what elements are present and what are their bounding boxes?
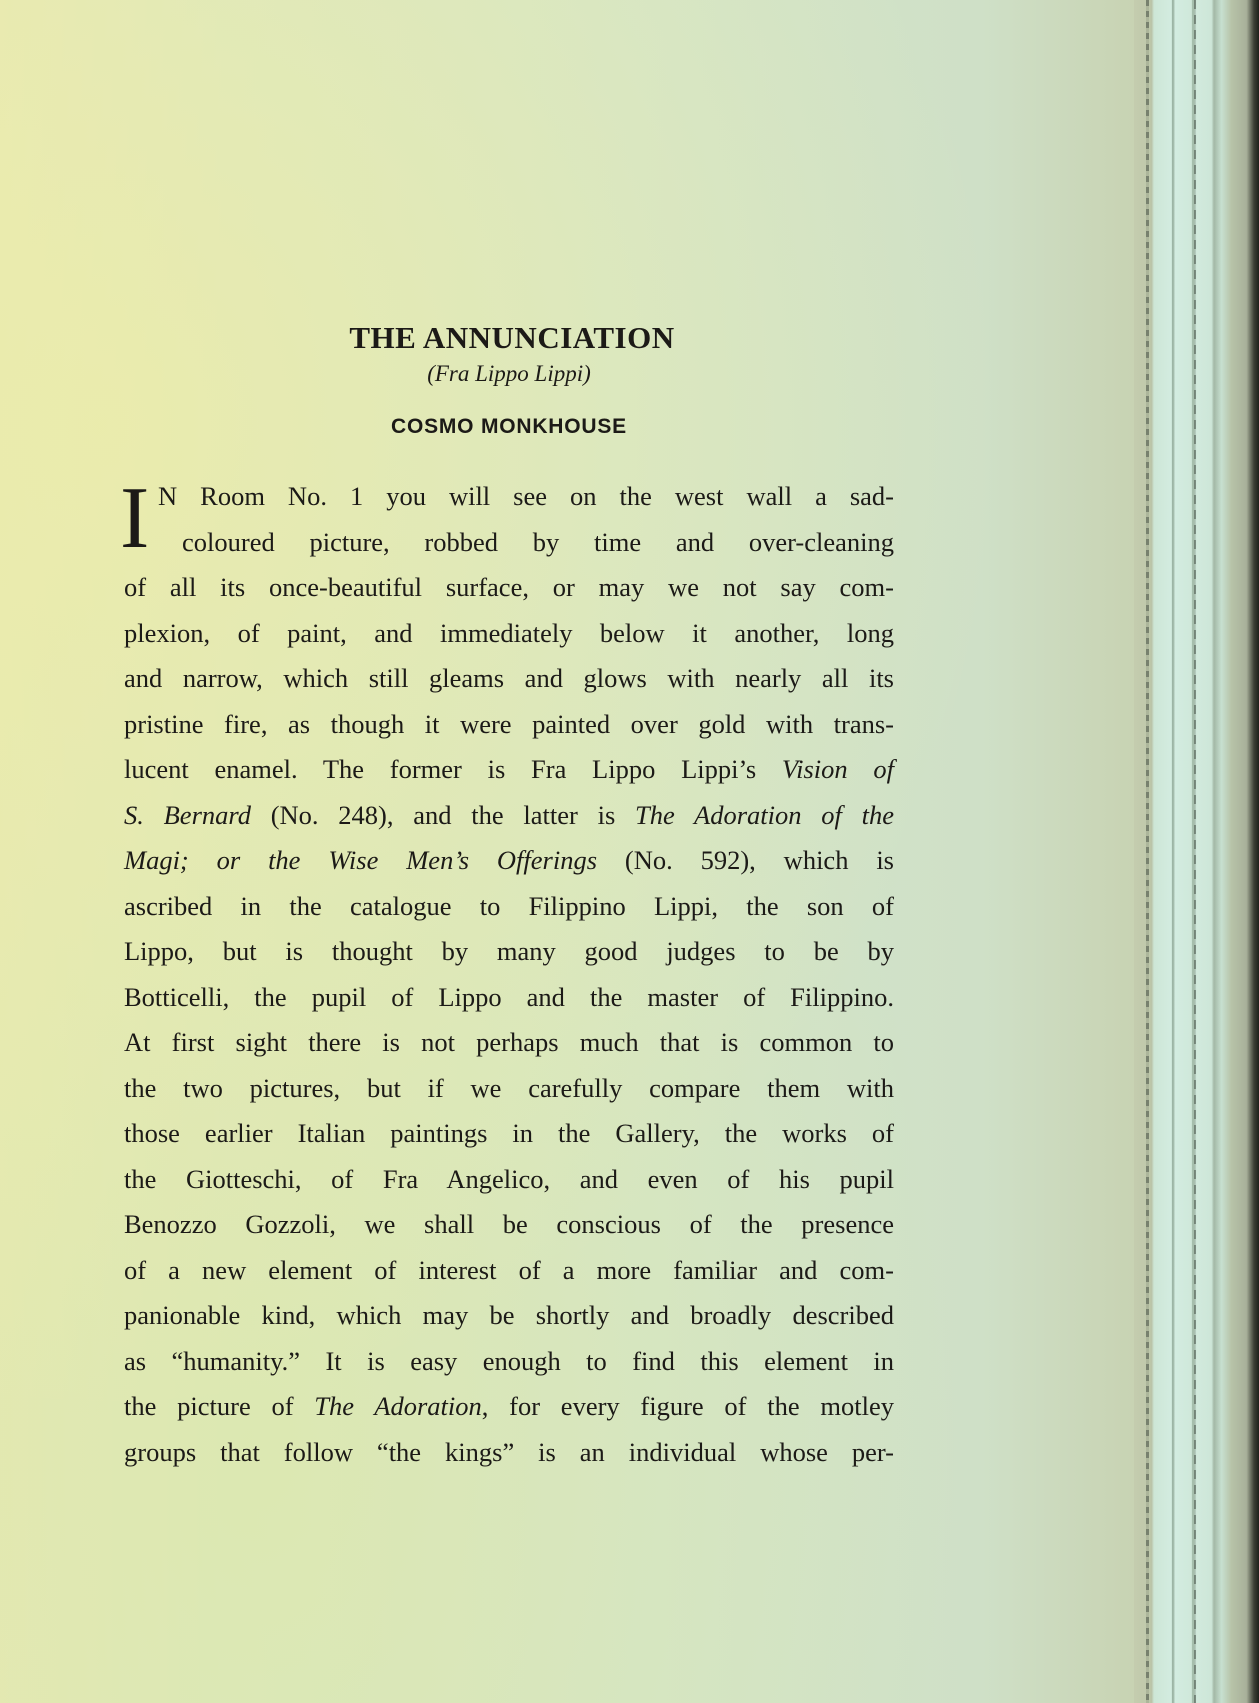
text-line: of a new element of interest of a more f… — [124, 1248, 894, 1294]
italic-title: Vision of — [782, 754, 894, 784]
italic-title: S. Bernard — [124, 800, 251, 830]
text-line: plexion, of paint, and immediately below… — [124, 611, 894, 657]
text-line: and narrow, which still gleams and glows… — [124, 656, 894, 702]
text-line: the two pictures, but if we carefully co… — [124, 1066, 894, 1112]
italic-title: The Adoration of the — [635, 800, 894, 830]
drop-cap: I — [120, 480, 149, 558]
text-line: coloured picture, robbed by time and ove… — [124, 520, 894, 566]
page-content: THE ANNUNCIATION (Fra Lippo Lippi) COSMO… — [124, 318, 894, 1475]
text-line: groups that follow “the kings” is an ind… — [124, 1430, 894, 1476]
text-line: those earlier Italian paintings in the G… — [124, 1111, 894, 1157]
text-line: the Giotteschi, of Fra Angelico, and eve… — [124, 1157, 894, 1203]
text-line: pristine fire, as though it were painted… — [124, 702, 894, 748]
text-line: At first sight there is not perhaps much… — [124, 1020, 894, 1066]
page-edges — [1134, 0, 1259, 1703]
text-line: of all its once-beautiful surface, or ma… — [124, 565, 894, 611]
text-line: I N Room No. 1 you will see on the west … — [124, 474, 894, 520]
text-line: panionable kind, which may be shortly an… — [124, 1293, 894, 1339]
text-line: ascribed in the catalogue to Filippino L… — [124, 884, 894, 930]
text-line: Botticelli, the pupil of Lippo and the m… — [124, 975, 894, 1021]
text-line: S. Bernard (No. 248), and the latter is … — [124, 793, 894, 839]
text-line: Lippo, but is thought by many good judge… — [124, 929, 894, 975]
author-name: COSMO MONKHOUSE — [124, 412, 894, 442]
essay-title: THE ANNUNCIATION — [130, 318, 894, 358]
text-line: lucent enamel. The former is Fra Lippo L… — [124, 747, 894, 793]
text-line: the picture of The Adoration, for every … — [124, 1384, 894, 1430]
essay-subtitle: (Fra Lippo Lippi) — [124, 358, 894, 390]
text-line: as “humanity.” It is easy enough to find… — [124, 1339, 894, 1385]
text-line: Magi; or the Wise Men’s Offerings (No. 5… — [124, 838, 894, 884]
text-line: Benozzo Gozzoli, we shall be conscious o… — [124, 1202, 894, 1248]
italic-title: Magi; or the Wise Men’s Offerings — [124, 845, 597, 875]
scanned-book-page: THE ANNUNCIATION (Fra Lippo Lippi) COSMO… — [0, 0, 1259, 1703]
body-text: I N Room No. 1 you will see on the west … — [124, 474, 894, 1475]
italic-title: The Adoration — [314, 1391, 482, 1421]
